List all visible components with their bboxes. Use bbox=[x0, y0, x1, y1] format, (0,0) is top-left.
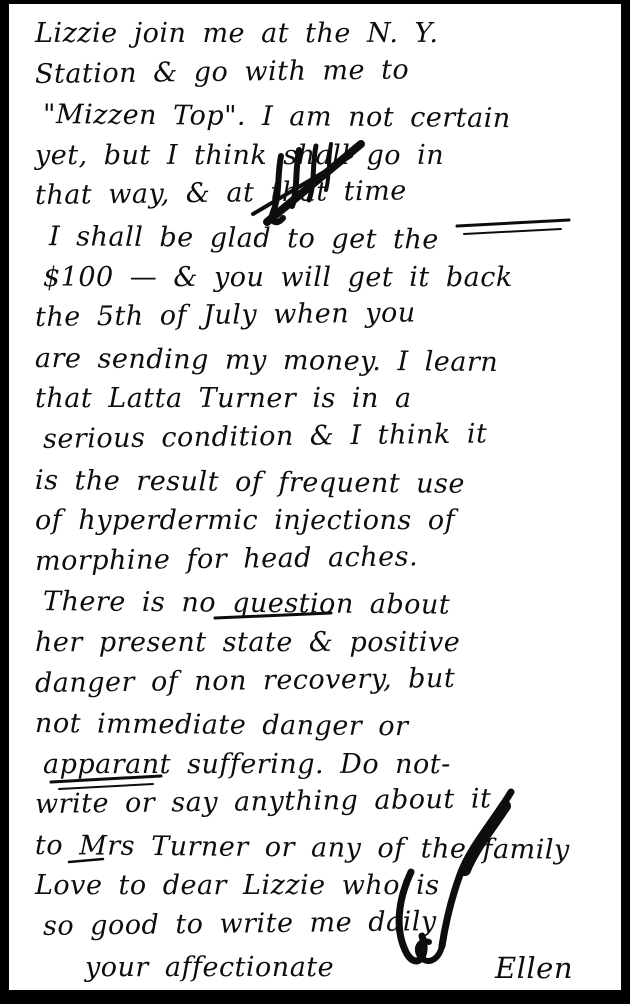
letter-body: Lizzie join me at the N. Y. Station & go… bbox=[9, 4, 621, 990]
letter-line: not immediate danger or bbox=[35, 704, 615, 750]
letter-line: Station & go with me to bbox=[35, 48, 615, 96]
letter-line: morphine for head aches. bbox=[35, 535, 615, 583]
letter-page: Lizzie join me at the N. Y. Station & go… bbox=[9, 4, 621, 990]
closing-row: your affectionate Ellen bbox=[35, 948, 615, 989]
signature: Ellen bbox=[495, 948, 573, 989]
letter-line: I shall be glad to get the bbox=[35, 217, 615, 263]
letter-line: the 5th of July when you bbox=[35, 291, 615, 339]
letter-line: danger of non recovery, but bbox=[35, 656, 615, 704]
letter-line: write or say anything about it bbox=[35, 778, 615, 826]
letter-line: serious condition & I think it bbox=[35, 413, 615, 461]
closing-text: your affectionate bbox=[35, 948, 334, 989]
letter-line: so good to write me daily bbox=[35, 900, 615, 948]
letter-line: is the result of frequent use bbox=[35, 461, 615, 507]
letter-line: that way, & at that time bbox=[35, 169, 615, 217]
letter-line: "Mizzen Top". I am not certain bbox=[35, 95, 615, 141]
letter-line: There is no question about bbox=[35, 582, 615, 628]
letter-line: are sending my money. I learn bbox=[35, 339, 615, 385]
scan-frame: Lizzie join me at the N. Y. Station & go… bbox=[0, 0, 630, 1004]
letter-line: to Mrs Turner or any of the family bbox=[35, 826, 615, 872]
